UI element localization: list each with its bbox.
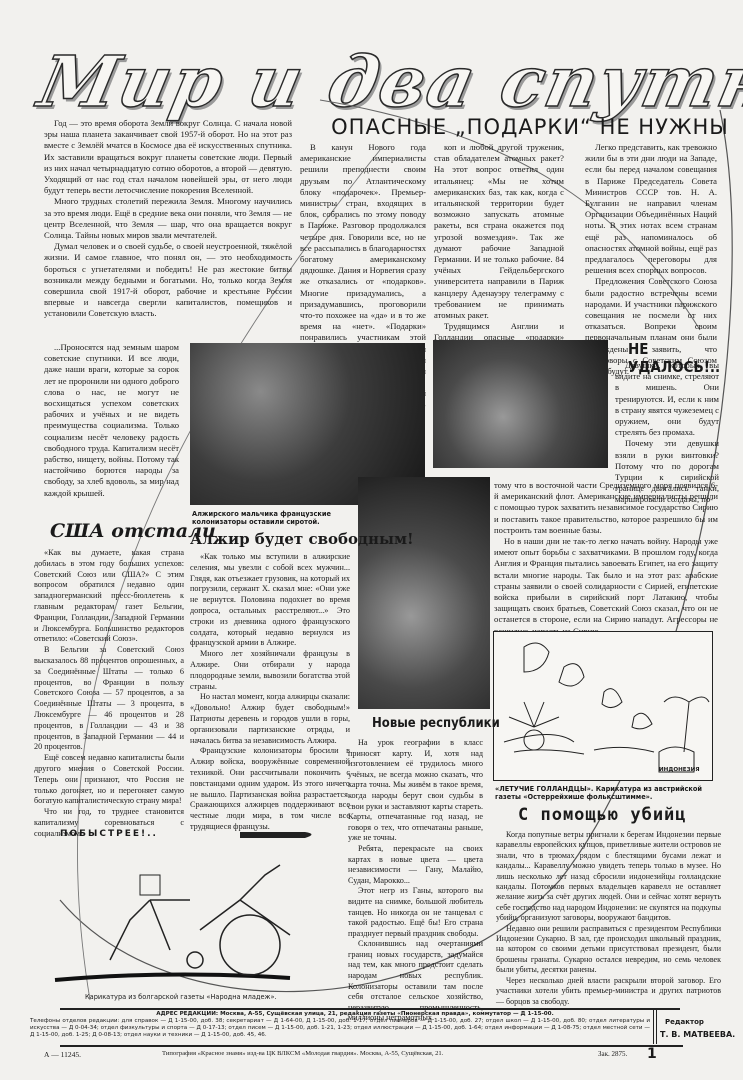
footer-address: АДРЕС РЕДАКЦИИ: Москва, А-55, Сущёвская … bbox=[60, 1011, 650, 1018]
algeria-headline: Алжир будет свободным! bbox=[190, 530, 414, 548]
republics-headline: Новые республики bbox=[372, 716, 500, 731]
footer-bottom-rule bbox=[60, 1045, 683, 1047]
lead-article: Год — это время оборота Земли вокруг Сол… bbox=[44, 118, 292, 320]
editor-name: Т. В. МАТВЕЕВА. bbox=[660, 1030, 735, 1039]
photo-caption-algeria: Алжирского мальчика французские колониза… bbox=[192, 510, 362, 526]
page-number: 1 bbox=[647, 1046, 657, 1062]
footer-top-rule bbox=[60, 1008, 680, 1010]
algeria-article: «Как только мы вступили в алжирские селе… bbox=[190, 552, 350, 833]
footer-phones: Телефоны отделов редакции: для справок —… bbox=[30, 1018, 650, 1039]
killers-paragraph: Через несколько дней власти раскрыли вто… bbox=[496, 976, 721, 1007]
photo-girls-shooting bbox=[433, 340, 608, 468]
failed-paragraph: Девушки, которых вы видите на снимке, ст… bbox=[615, 360, 719, 438]
usa-paragraph: В Бельгии за Советский Союз высказалось … bbox=[34, 645, 184, 753]
killers-article: Когда попутные ветры пригнали к берегам … bbox=[496, 830, 721, 1007]
cartoon-dutch-caption: «ЛЕТУЧИЕ ГОЛЛАНДЦЫ». Карикатура из австр… bbox=[495, 785, 715, 801]
algeria-paragraph: «Как только мы вступили в алжирские селе… bbox=[190, 552, 350, 649]
gifts-headline: ОПАСНЫЕ „ПОДАРКИ“ НЕ НУЖНЫ bbox=[325, 115, 735, 139]
usa-paragraph: «Как вы думаете, какая страна добилась в… bbox=[34, 548, 184, 645]
footer-divider bbox=[653, 1010, 657, 1044]
failed-paragraph: Но в наши дни не так-то легко начать вой… bbox=[494, 536, 718, 637]
editor-label: Редактор bbox=[665, 1018, 704, 1026]
gifts-paragraph: Легко представить, как тревожно жили бы … bbox=[585, 142, 717, 276]
killers-paragraph: Когда попутные ветры пригнали к берегам … bbox=[496, 830, 721, 924]
algeria-paragraph: Но настал момент, когда алжирцы сказали:… bbox=[190, 692, 350, 746]
cartoon-flying-dutchmen: ИНДОНЕЗИЯ bbox=[493, 631, 713, 781]
photo-ghana-dancer bbox=[358, 477, 490, 709]
usa-article: «Как вы думаете, какая страна добилась в… bbox=[34, 548, 184, 840]
gifts-paragraph: коп и любой другой труженик, став облада… bbox=[434, 142, 564, 321]
lead-paragraph: Много трудных столетий пережила Земля. М… bbox=[44, 196, 292, 241]
lead-paragraph: Думал человек и о своей судьбе, о своей … bbox=[44, 241, 292, 319]
footer-printer: Типография «Красное знамя» изд-ва ЦК ВЛК… bbox=[162, 1050, 443, 1057]
republics-article: На урок географии в класс приносят карту… bbox=[348, 738, 483, 1024]
algeria-paragraph: Много лет хозяйничали французы в Алжире.… bbox=[190, 649, 350, 692]
cartoon-label-indonesia: ИНДОНЕЗИЯ bbox=[659, 767, 700, 774]
failed-article-wide: тому что в восточной части Средиземного … bbox=[494, 480, 718, 637]
footer-order: Зак. 2875. bbox=[598, 1050, 627, 1058]
killers-headline: С помощью убийц bbox=[518, 805, 687, 825]
republics-paragraph: На урок географии в класс приносят карту… bbox=[348, 738, 483, 844]
killers-paragraph: Недавно они решили расправиться с презид… bbox=[496, 924, 721, 976]
cartoon-bulgarian-caption: Карикатура из болгарской газеты «Народна… bbox=[85, 993, 315, 1001]
usa-paragraph: Ещё совсем недавно капиталисты были друг… bbox=[34, 753, 184, 807]
failed-paragraph: тому что в восточной части Средиземного … bbox=[494, 480, 718, 536]
cartoon-wheelchair-drawing bbox=[50, 820, 330, 990]
footer-code: А — 11245. bbox=[44, 1050, 81, 1059]
lead-paragraph: ...Проносятся над земным шаром советские… bbox=[44, 342, 179, 499]
republics-paragraph: Этот негр из Ганы, которого вы видите на… bbox=[348, 886, 483, 939]
republics-paragraph: Ребята, перекрасьте на своих картах в но… bbox=[348, 844, 483, 886]
cartoon-drawing bbox=[494, 632, 712, 780]
lead-paragraph: Год — это время оборота Земли вокруг Сол… bbox=[44, 118, 292, 196]
lead-article-continued: ...Проносятся над земным шаром советские… bbox=[44, 342, 179, 499]
